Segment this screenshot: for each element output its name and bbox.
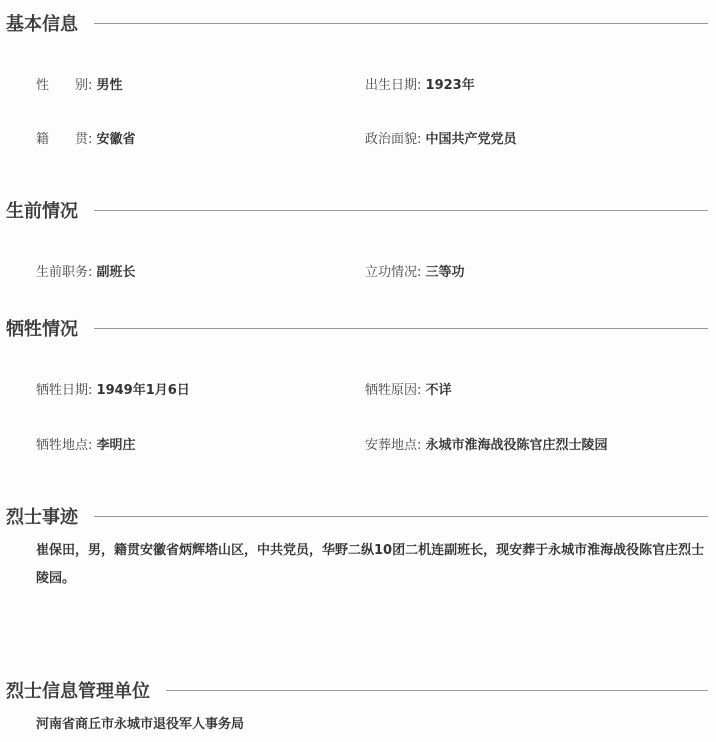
section-title: 基本信息 [6,10,78,36]
divider-line [94,23,708,24]
section-header-management-unit: 烈士信息管理单位 [6,677,708,703]
field-label: 立功情况: [365,265,421,280]
field-value: 安徽省 [97,132,136,147]
label-char: 性 [36,78,49,93]
field-native-place: 籍贯: 安徽省 [36,131,136,149]
divider-line [94,328,708,329]
field-value: 男性 [97,78,123,93]
management-unit-name: 河南省商丘市永城市退役军人事务局 [36,716,244,734]
field-value: 副班长 [97,265,136,280]
field-value: 不详 [426,383,452,398]
field-burial-place: 安葬地点: 永城市淮海战役陈官庄烈士陵园 [365,437,608,455]
field-value: 中国共产党党员 [426,132,517,147]
label-char: 贯: [75,132,92,147]
field-sacrifice-place: 牺牲地点: 李明庄 [36,437,136,455]
section-title: 烈士信息管理单位 [6,677,150,703]
field-value: 三等功 [426,265,465,280]
divider-line [94,516,708,517]
field-position: 生前职务: 副班长 [36,264,136,282]
field-birth-date: 出生日期: 1923年 [365,77,475,95]
field-value: 李明庄 [97,438,136,453]
divider-line [94,210,708,211]
section-header-sacrifice-info: 牺牲情况 [6,315,708,341]
divider-line [166,690,708,691]
section-title: 生前情况 [6,197,78,223]
section-header-basic-info: 基本信息 [6,10,708,36]
field-gender: 性别: 男性 [36,77,123,95]
field-merit: 立功情况: 三等功 [365,264,465,282]
deeds-text: 崔保田，男，籍贯安徽省炳辉塔山区，中共党员，华野二纵10团二机连副班长，现安葬于… [36,537,716,593]
field-label: 性别: [36,78,92,93]
field-value: 1923年 [426,78,475,93]
field-label: 牺牲地点: [36,438,92,453]
field-value: 永城市淮海战役陈官庄烈士陵园 [426,438,608,453]
section-header-deeds: 烈士事迹 [6,503,708,529]
field-value: 1949年1月6日 [97,383,190,398]
field-label: 牺牲原因: [365,383,421,398]
field-label: 出生日期: [365,78,421,93]
section-header-life-info: 生前情况 [6,197,708,223]
section-title: 牺牲情况 [6,315,78,341]
field-label: 生前职务: [36,265,92,280]
label-char: 籍 [36,132,49,147]
field-label: 政治面貌: [365,132,421,147]
field-label: 牺牲日期: [36,383,92,398]
field-label: 籍贯: [36,132,92,147]
field-political-status: 政治面貌: 中国共产党党员 [365,131,517,149]
label-char: 别: [75,78,92,93]
field-label: 安葬地点: [365,438,421,453]
field-sacrifice-date: 牺牲日期: 1949年1月6日 [36,382,190,400]
section-title: 烈士事迹 [6,503,78,529]
field-sacrifice-reason: 牺牲原因: 不详 [365,382,452,400]
